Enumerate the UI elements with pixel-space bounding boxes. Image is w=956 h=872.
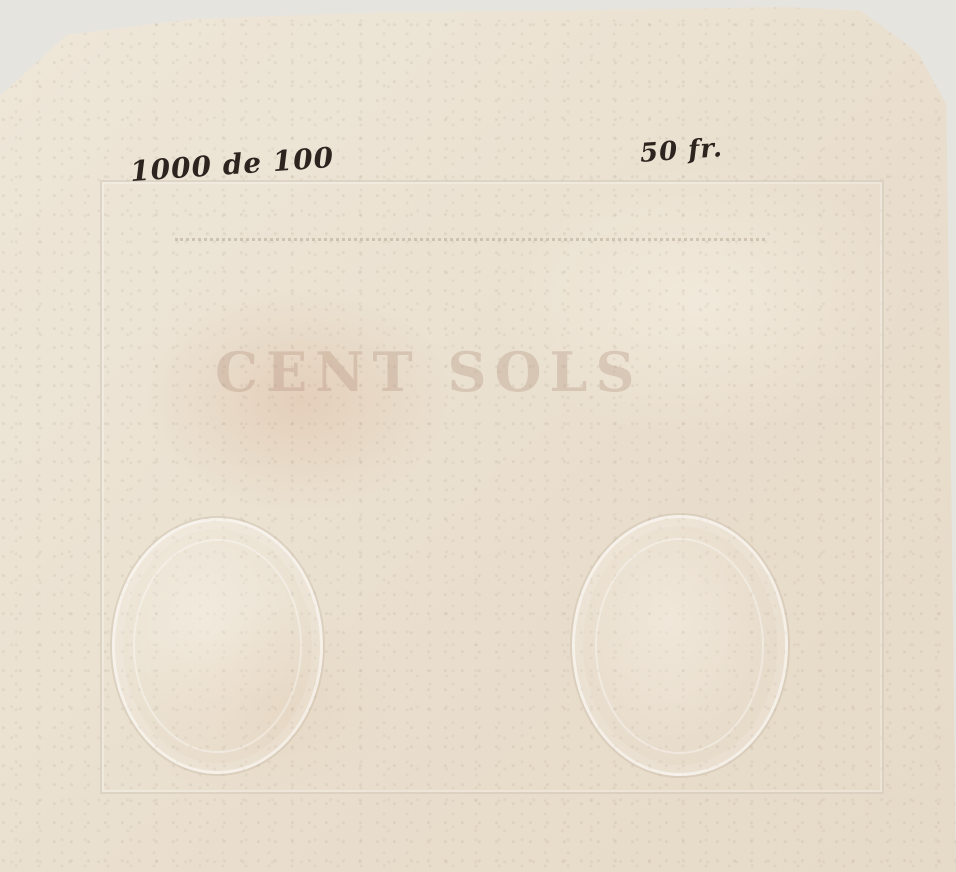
handwritten-note-right: 50 fr. <box>639 133 724 169</box>
right-embossed-seal <box>572 515 788 776</box>
left-embossed-seal <box>112 518 323 774</box>
show-through-text: CENT SOLS <box>215 340 642 404</box>
left-seal-inner-ring <box>133 539 302 753</box>
right-seal-inner-ring <box>595 538 764 754</box>
perforated-border-line <box>175 238 765 251</box>
